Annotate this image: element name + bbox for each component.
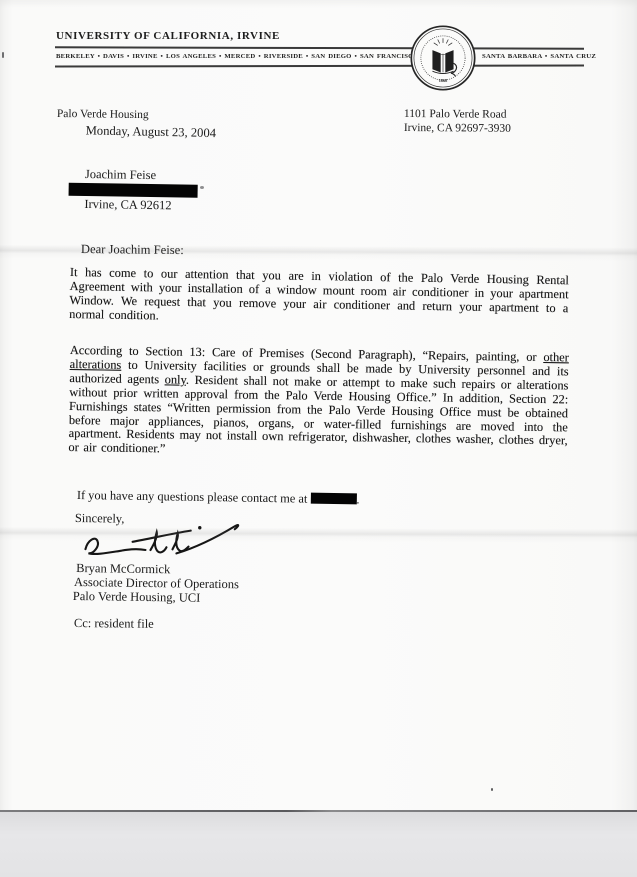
seal-year-text: 1868 xyxy=(439,78,448,83)
sender-address-line1: 1101 Palo Verde Road xyxy=(404,107,511,122)
recipient-block: Joachim Feise Irvine, CA 92612 xyxy=(84,167,198,213)
recipient-city: Irvine, CA 92612 xyxy=(84,196,197,212)
signer-org: Palo Verde Housing, UCI xyxy=(73,589,201,606)
scan-speck xyxy=(491,788,493,791)
letterhead-campuses-left: BERKELEY • DAVIS • IRVINE • LOS ANGELES … xyxy=(56,53,419,60)
cc-line: Cc: resident file xyxy=(74,616,154,632)
contact-text: If you have any questions please contact… xyxy=(77,488,311,506)
closing-block: Sincerely, Bryan McCormick Associate Dir… xyxy=(74,511,355,615)
department-name: Palo Verde Housing xyxy=(57,108,217,122)
uc-seal-icon: THE UNIVERSITY OF CALIFORNIA 1868 xyxy=(410,25,476,91)
letter-date: Monday, August 23, 2004 xyxy=(86,123,217,141)
sender-address-block: 1101 Palo Verde Road Irvine, CA 92697-39… xyxy=(404,107,511,136)
scan-speck xyxy=(2,52,4,58)
redaction-bar-address xyxy=(69,182,198,197)
sender-department-block: Palo Verde Housing Monday, August 23, 20… xyxy=(57,108,217,140)
para2-underlined-phrase: only xyxy=(165,372,186,386)
scanner-backing xyxy=(0,812,637,877)
salutation: Dear Joachim Feise: xyxy=(81,242,184,258)
contact-period: . xyxy=(356,493,359,507)
body-paragraph-1: It has come to our attention that you ar… xyxy=(69,266,569,330)
handwritten-signature xyxy=(80,517,251,565)
scanned-letter: UNIVERSITY OF CALIFORNIA, IRVINE BERKELE… xyxy=(0,0,637,877)
letterhead-rule-top xyxy=(55,46,584,49)
para2-segment: . Resident shall not make or attempt to … xyxy=(68,373,568,456)
contact-line: If you have any questions please contact… xyxy=(77,488,360,507)
letterhead-university-title: UNIVERSITY OF CALIFORNIA, IRVINE xyxy=(56,30,280,42)
redaction-bar-contact xyxy=(310,493,356,505)
recipient-name: Joachim Feise xyxy=(85,167,198,183)
scan-speck xyxy=(200,186,204,189)
letterhead-rule-bottom xyxy=(55,64,584,67)
sender-address-line2: Irvine, CA 92697-3930 xyxy=(404,121,511,136)
letter-paper: UNIVERSITY OF CALIFORNIA, IRVINE BERKELE… xyxy=(0,0,637,811)
letterhead-campuses-right: SANTA BARBARA • SANTA CRUZ xyxy=(482,53,596,60)
body-paragraph-2: According to Section 13: Care of Premise… xyxy=(68,344,569,463)
